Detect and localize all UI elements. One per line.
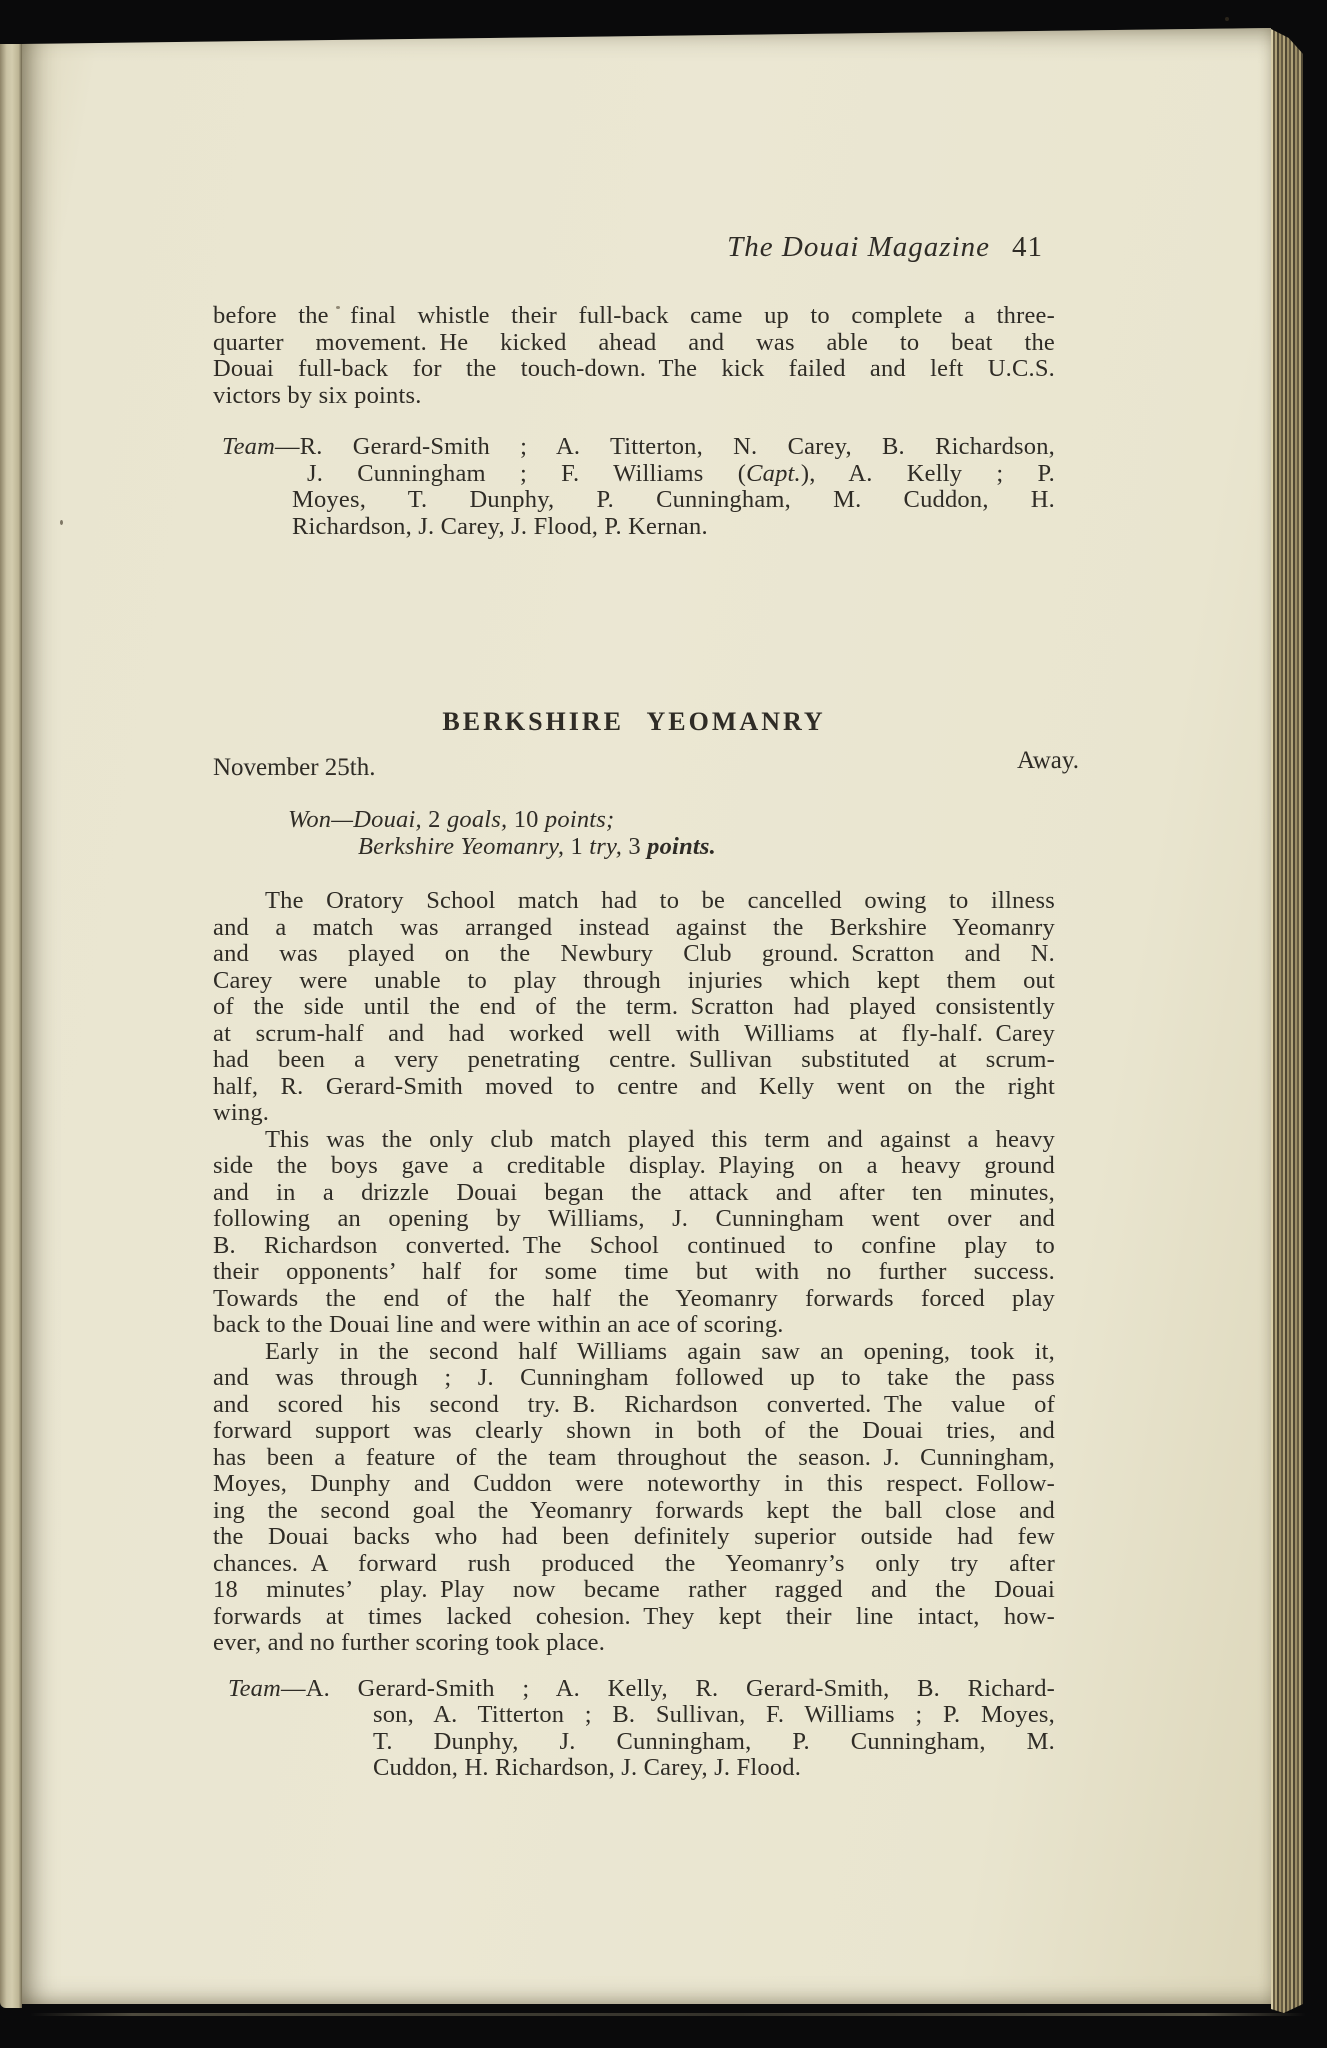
text-line: had been a very penetrating centre. Sull… <box>213 1047 1055 1074</box>
text-line: son, A. Titterton ; B. Sullivan, F. Will… <box>213 1702 1055 1729</box>
text-line: forward support was clearly shown in bot… <box>213 1418 1055 1445</box>
team-list-second-match: Team—A. Gerard-Smith ; A. Kelly, R. Gera… <box>213 1676 1055 1782</box>
text-line: back to the Douai line and were within a… <box>213 1312 1055 1339</box>
text-line: Richardson, J. Carey, J. Flood, P. Kerna… <box>213 514 1055 541</box>
journal-title: The Douai Magazine <box>727 231 990 263</box>
match-result: Won—Douai, 2 goals, 10 points;Berkshire … <box>213 806 1055 860</box>
text-line: Berkshire Yeomanry, 1 try, 3 points. <box>213 833 1055 860</box>
text-line: wing. <box>213 1100 1055 1127</box>
team-list-first-match: Team—R. Gerard-Smith ; A. Titterton, N. … <box>213 434 1055 540</box>
right-page-edges <box>1271 26 1303 2014</box>
text-line: the Douai backs who had been definitely … <box>213 1524 1055 1551</box>
paper-speck <box>336 306 340 309</box>
text-line: This was the only club match played this… <box>213 1127 1055 1154</box>
report-paragraph-3: Early in the second half Williams again … <box>213 1339 1055 1657</box>
text-line: Team—A. Gerard-Smith ; A. Kelly, R. Gera… <box>213 1676 1055 1703</box>
book-scan: The Douai Magazine41 before the final wh… <box>0 0 1327 2048</box>
text-line: their opponents’ half for some time but … <box>213 1259 1055 1286</box>
text-line: Cuddon, H. Richardson, J. Carey, J. Floo… <box>213 1755 1055 1782</box>
text-line: victors by six points. <box>213 383 1055 410</box>
intro-paragraph: before the final whistle their full-back… <box>213 303 1055 409</box>
cover-highlight <box>30 2013 1306 2016</box>
text-line: ever, and no further scoring took place. <box>213 1630 1055 1657</box>
text-line: Team—R. Gerard-Smith ; A. Titterton, N. … <box>213 434 1055 461</box>
text-line: Towards the end of the half the Yeomanry… <box>213 1286 1055 1313</box>
text-line: and was played on the Newbury Club groun… <box>213 941 1055 968</box>
text-line: and a match was arranged instead against… <box>213 915 1055 942</box>
paper-speck <box>1225 17 1229 21</box>
text-line: B. Richardson converted. The School cont… <box>213 1233 1055 1260</box>
text-line: Douai full-back for the touch-down. The … <box>213 356 1055 383</box>
page-content: The Douai Magazine41 before the final wh… <box>213 28 1055 1782</box>
match-date: November 25th. <box>213 753 375 783</box>
text-line: Early in the second half Williams again … <box>213 1339 1055 1366</box>
text-line: Moyes, T. Dunphy, P. Cunningham, M. Cudd… <box>213 487 1055 514</box>
text-line: half, R. Gerard-Smith moved to centre an… <box>213 1074 1055 1101</box>
text-line: and in a drizzle Douai began the attack … <box>213 1180 1055 1207</box>
text-line: chances. A forward rush produced the Yeo… <box>213 1551 1055 1578</box>
left-page-edge <box>0 44 22 2008</box>
report-paragraph-2: This was the only club match played this… <box>213 1127 1055 1339</box>
text-line: ing the second goal the Yeomanry forward… <box>213 1498 1055 1525</box>
paper-speck <box>60 520 63 525</box>
page-number: 41 <box>1012 231 1043 263</box>
text-line: T. Dunphy, J. Cunningham, P. Cunningham,… <box>213 1729 1055 1756</box>
report-paragraph-1: The Oratory School match had to be cance… <box>213 888 1055 1127</box>
text-line: has been a feature of the team throughou… <box>213 1445 1055 1472</box>
match-heading: BERKSHIRE YEOMANRY <box>213 707 1055 737</box>
running-header: The Douai Magazine41 <box>213 28 1043 264</box>
text-line: side the boys gave a creditable display.… <box>213 1153 1055 1180</box>
text-line: quarter movement. He kicked ahead and wa… <box>213 330 1055 357</box>
text-line: forwards at times lacked cohesion. They … <box>213 1604 1055 1631</box>
text-line: Won—Douai, 2 goals, 10 points; <box>213 806 1055 833</box>
match-venue: Away. <box>1017 746 1079 776</box>
text-line: and was through ; J. Cunningham followed… <box>213 1365 1055 1392</box>
text-line: at scrum-half and had worked well with W… <box>213 1021 1055 1048</box>
text-line: of the side until the end of the term. S… <box>213 994 1055 1021</box>
text-line: 18 minutes’ play. Play now became rather… <box>213 1577 1055 1604</box>
text-line: Moyes, Dunphy and Cuddon were noteworthy… <box>213 1471 1055 1498</box>
match-meta-row: November 25th. Away. <box>213 753 1055 783</box>
text-line: Carey were unable to play through injuri… <box>213 968 1055 995</box>
text-line: and scored his second try. B. Richardson… <box>213 1392 1055 1419</box>
text-line: The Oratory School match had to be cance… <box>213 888 1055 915</box>
text-line: J. Cunningham ; F. Williams (Capt.), A. … <box>213 461 1055 488</box>
book-page: The Douai Magazine41 before the final wh… <box>22 28 1271 2004</box>
text-line: following an opening by Williams, J. Cun… <box>213 1206 1055 1233</box>
